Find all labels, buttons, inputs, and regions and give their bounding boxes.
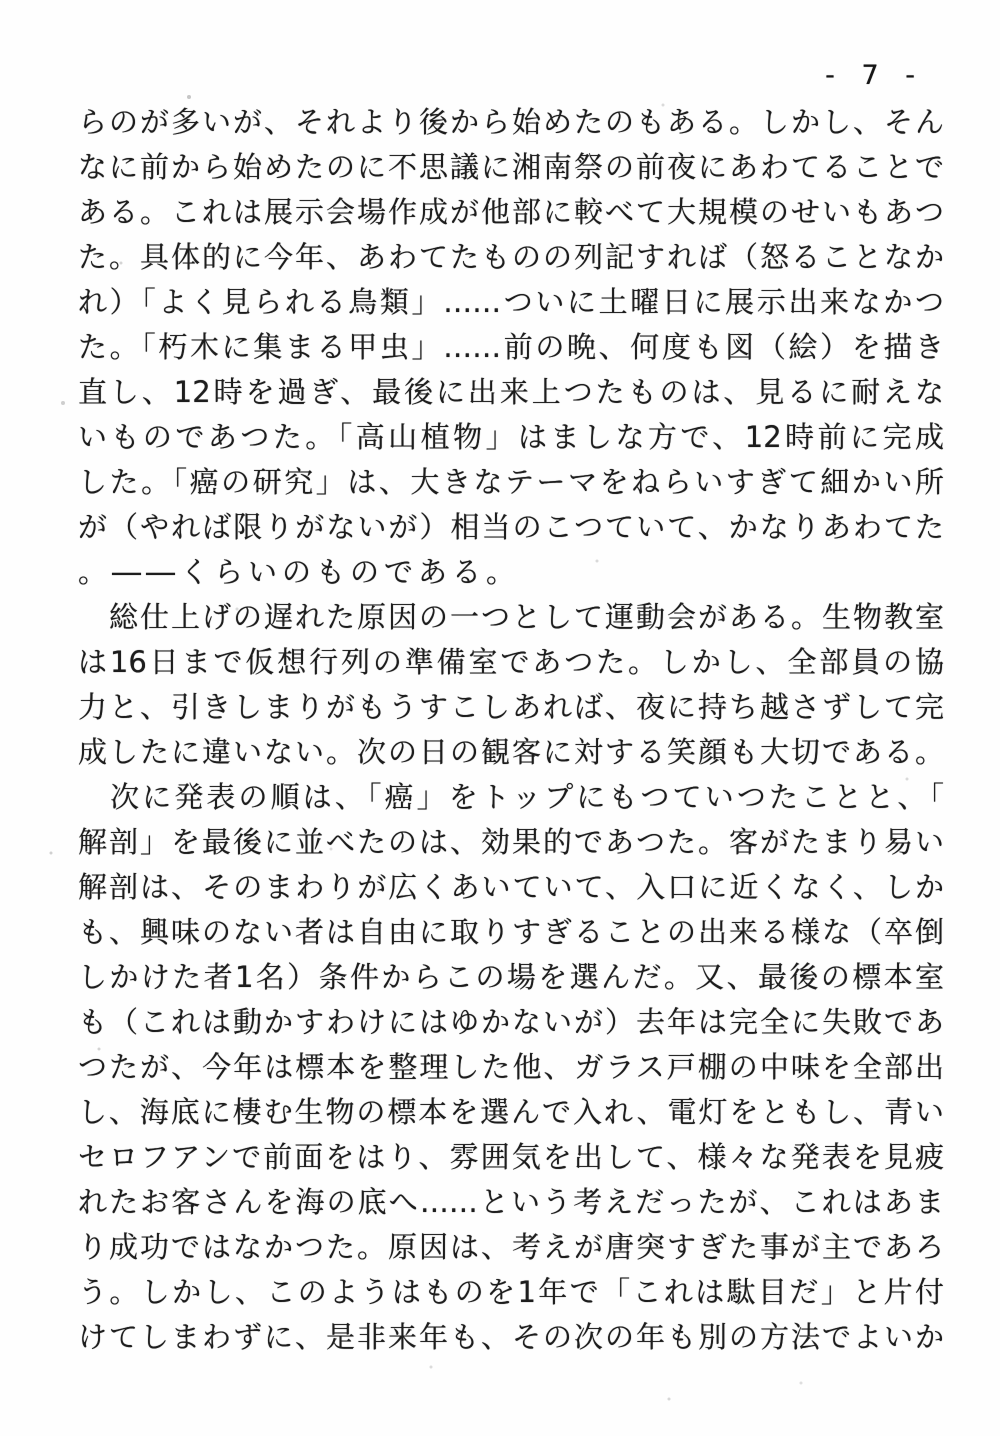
text-line: 解剖は、そのまわりが広くあいていて、入口に近くなく、しか: [78, 865, 944, 910]
text-line: り成功ではなかつた。原因は、考えが唐突すぎた事が主であろ: [78, 1225, 944, 1270]
text-line: は16日まで仮想行列の準備室であつた。しかし、全部員の協: [78, 640, 944, 685]
text-line: 直し、12時を過ぎ、最後に出来上つたものは、見るに耐えな: [78, 370, 944, 415]
text-line: し、海底に棲む生物の標本を選んで入れ、電灯をともし、青い: [78, 1090, 944, 1135]
text-line: セロフアンで前面をはり、雰囲気を出して、様々な発表を見疲: [78, 1135, 944, 1180]
text-line: う。しかし、このようはものを1年で「これは駄目だ」と片付: [78, 1270, 944, 1315]
text-line: も、興味のない者は自由に取りすぎることの出来る様な（卒倒: [78, 910, 944, 955]
text-line: いものであつた。「高山植物」はましな方で、12時前に完成: [78, 415, 944, 460]
body-text: らのが多いが、それより後から始めたのもある。しかし、そん なに前から始めたのに不…: [78, 100, 944, 1360]
text-line: た。「朽木に集まる甲虫」……前の晩、何度も図（絵）を描き: [78, 325, 944, 370]
text-line: けてしまわずに、是非来年も、その次の年も別の方法でよいか: [78, 1315, 944, 1360]
text-line: しかけた者1名）条件からこの場を選んだ。又、最後の標本室: [78, 955, 944, 1000]
text-line: が（やれば限りがないが）相当のこつていて、かなりあわてた: [78, 505, 944, 550]
text-line: らのが多いが、それより後から始めたのもある。しかし、そん: [78, 100, 944, 145]
text-line: なに前から始めたのに不思議に湘南祭の前夜にあわてることで: [78, 145, 944, 190]
text-line: 解剖」を最後に並べたのは、効果的であつた。客がたまり易い: [78, 820, 944, 865]
text-line: 成したに違いない。次の日の観客に対する笑顔も大切である。: [78, 730, 944, 775]
text-line: ある。これは展示会場作成が他部に較べて大規模のせいもあつ: [78, 190, 944, 235]
text-line: れ）「よく見られる鳥類」……ついに土曜日に展示出来なかつ: [78, 280, 944, 325]
text-line: 次に発表の順は、「癌」をトップにもつていつたことと、「: [78, 775, 944, 820]
scan-noise: [0, 0, 2, 2]
text-line: つたが、今年は標本を整理した他、ガラス戸棚の中味を全部出: [78, 1045, 944, 1090]
text-line: 力と、引きしまりがもうすこしあれば、夜に持ち越さずして完: [78, 685, 944, 730]
text-line: した。「癌の研究」は、大きなテーマをねらいすぎて細かい所: [78, 460, 944, 505]
scanned-document-page: - 7 - らのが多いが、それより後から始めたのもある。しかし、そん なに前から…: [0, 0, 1000, 1436]
text-line: れたお客さんを海の底へ……という考えだったが、これはあま: [78, 1180, 944, 1225]
text-line: 総仕上げの遅れた原因の一つとして運動会がある。生物教室: [78, 595, 944, 640]
page-number: - 7 -: [825, 60, 924, 91]
text-line: も（これは動かすわけにはゆかないが）去年は完全に失敗であ: [78, 1000, 944, 1045]
text-line: 。――くらいのものである。: [78, 550, 944, 595]
text-line: た。具体的に今年、あわてたものの列記すれば（怒ることなか: [78, 235, 944, 280]
